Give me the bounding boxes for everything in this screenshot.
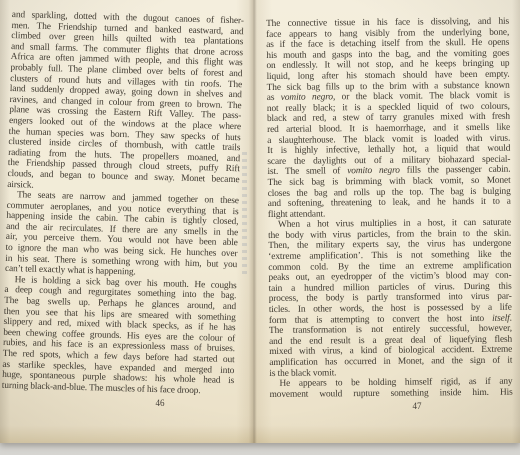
right-page-text: The connective tissue in his face is dis… [266,17,513,401]
page-number-right: 47 [408,401,426,411]
right-page-edge-shading [512,0,520,443]
gutter-stamp-mark [242,152,247,278]
page-number-left: 46 [151,398,169,408]
left-page-text: and sparkling, dotted with the dugout ca… [2,10,244,398]
open-book: and sparkling, dotted with the dugout ca… [0,0,520,443]
book-photo: and sparkling, dotted with the dugout ca… [0,0,520,455]
text-line: movement would rupture something inside … [270,387,513,400]
